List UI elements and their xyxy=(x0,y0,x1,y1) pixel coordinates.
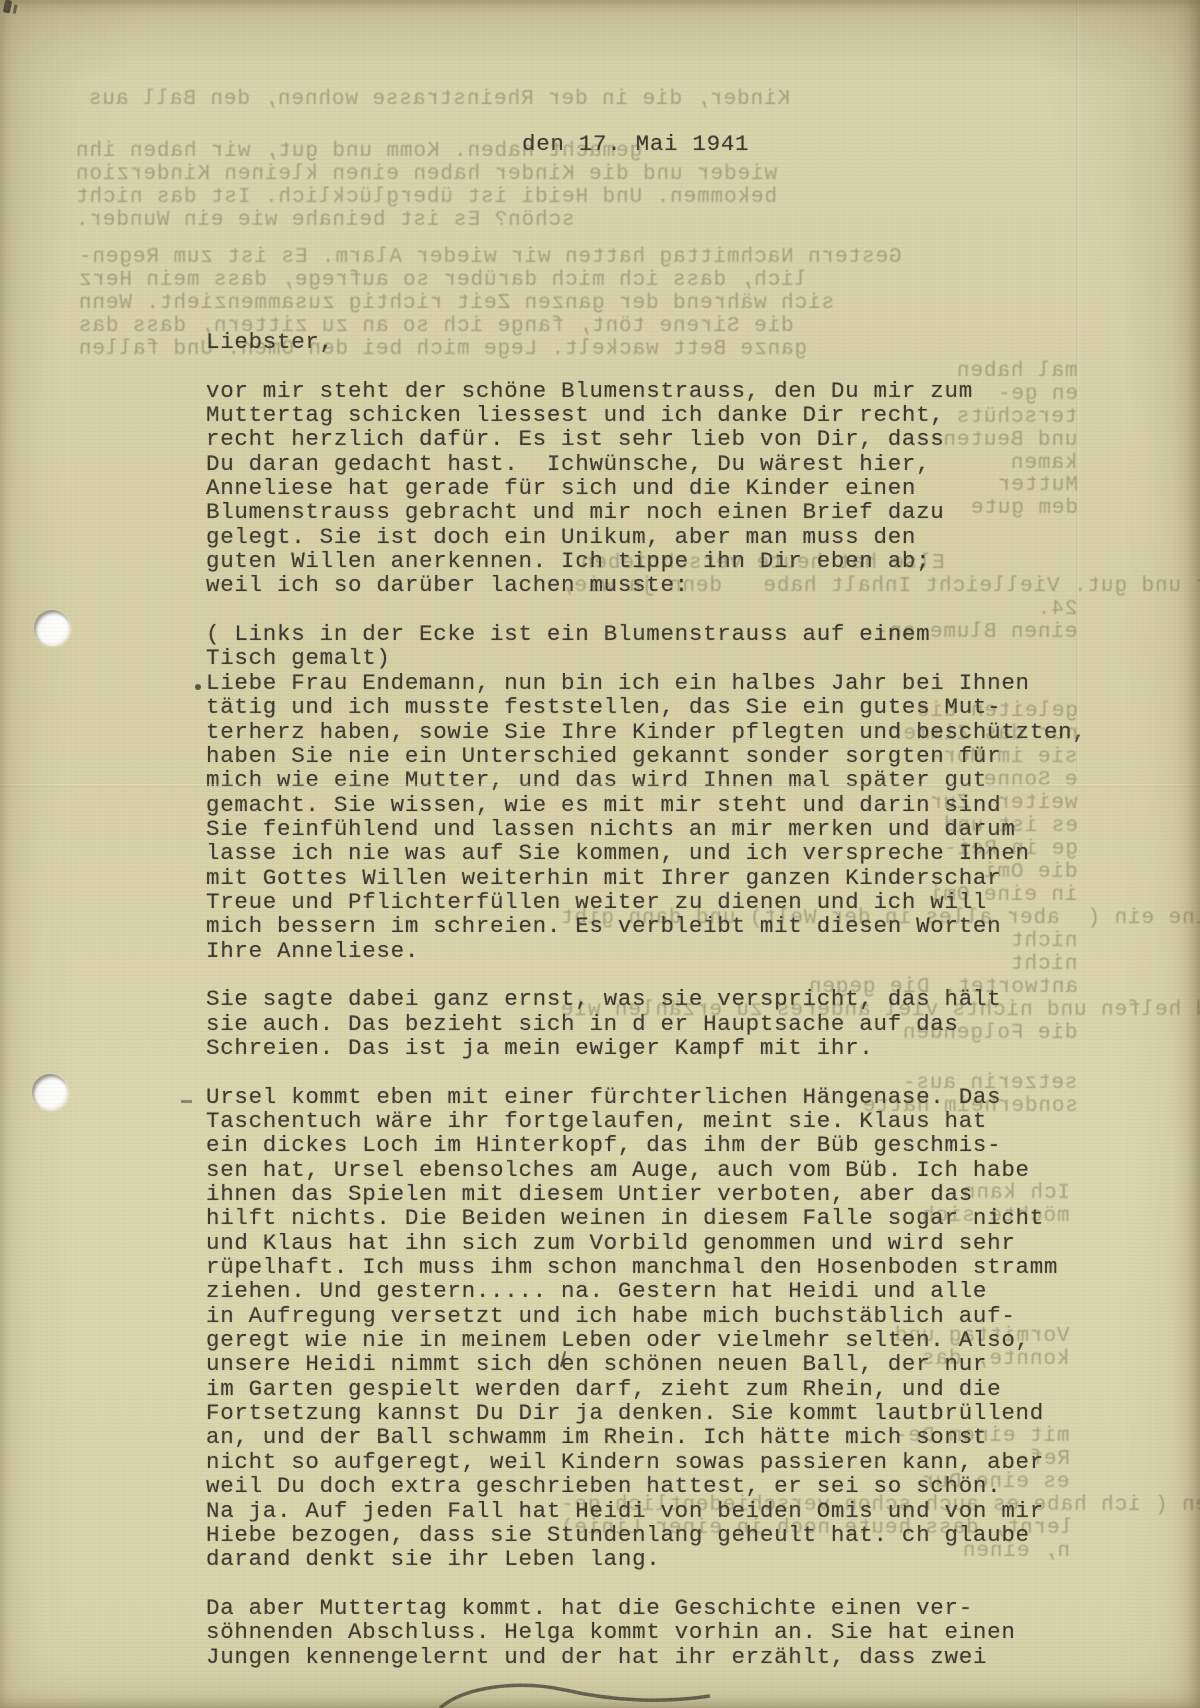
letter-line: ihnen das Spielen mit diesem Untier verb… xyxy=(206,1182,1087,1206)
letter-line: Tisch gemalt) xyxy=(206,646,1087,670)
letter-line: Liebster, xyxy=(206,330,1087,354)
letter-line: hilft nichts. Die Beiden weinen in diese… xyxy=(206,1206,1087,1230)
stray-typed-dash xyxy=(181,1100,192,1103)
letter-line: Hiebe bezogen, dass sie Stundenlang gehe… xyxy=(206,1523,1087,1547)
letter-line: geregt wie nie in meinem Leben oder viel… xyxy=(206,1328,1087,1352)
letter-line: gemacht. Sie wissen, wie es mit mir steh… xyxy=(206,793,1087,817)
letter-line: unsere Heidi nimmt sich den schönen neue… xyxy=(206,1352,1087,1376)
letter-line: Sie sagte dabei ganz ernst, was sie vers… xyxy=(206,987,1087,1011)
letter-line xyxy=(206,598,1087,622)
letter-line: Anneliese hat gerade für sich und die Ki… xyxy=(206,476,1087,500)
letter-line: mich wie eine Mutter, und das wird Ihnen… xyxy=(206,768,1087,792)
letter-line: Na ja. Auf jeden Fall hat Heidi von beid… xyxy=(206,1499,1087,1523)
letter-line: tätig und ich musste feststellen, das Si… xyxy=(206,695,1087,719)
letter-line: haben Sie nie ein Unterschied gekannt so… xyxy=(206,744,1087,768)
fold-crease-vertical xyxy=(1076,0,1079,772)
letter-line: ein dickes Loch im Hinterkopf, das ihm d… xyxy=(206,1133,1087,1157)
letter-line: in Aufregung versetzt und ich habe mich … xyxy=(206,1304,1087,1328)
letter-line: weil Du doch extra geschrieben hattest, … xyxy=(206,1474,1087,1498)
letter-line: weil ich so darüber lachen musste: xyxy=(206,573,1087,597)
letter-line: guten Willen anerkennen. Ich tippe ihn D… xyxy=(206,549,1087,573)
letter-line xyxy=(206,1572,1087,1596)
letter-line: Ursel kommt eben mit einer fürchterliche… xyxy=(206,1085,1087,1109)
letter-line: mit Gottes Willen weiterhin mit Ihrer ga… xyxy=(206,866,1087,890)
letter-line: rüpelhaft. Ich muss ihm schon manchmal d… xyxy=(206,1255,1087,1279)
letter-line: sen hat, Ursel ebensolches am Auge, auch… xyxy=(206,1158,1087,1182)
fold-crease-horizontal xyxy=(0,784,1200,787)
punch-hole-top xyxy=(34,610,70,646)
letter-body: Liebster, vor mir steht der schöne Blume… xyxy=(206,330,1087,1669)
letter-line: Liebe Frau Endemann, nun bin ich ein hal… xyxy=(206,671,1087,695)
letter-line: terherz haben, sowie Sie Ihre Kinder pfl… xyxy=(206,720,1087,744)
letter-line: Ihre Anneliese. xyxy=(206,939,1087,963)
letter-line: lasse ich nie was auf Sie kommen, und ic… xyxy=(206,841,1087,865)
letter-line xyxy=(206,1060,1087,1084)
letter-line: söhnenden Abschluss. Helga kommt vorhin … xyxy=(206,1620,1087,1644)
letter-line: ziehen. Und gestern..... na. Gestern hat… xyxy=(206,1279,1087,1303)
letter-line: im Garten gespielt werden darf, zieht zu… xyxy=(206,1377,1087,1401)
letter-line: nicht so aufgeregt, weil Kindern sowas p… xyxy=(206,1450,1087,1474)
letter-line: Jungen kennengelernt und der hat ihr erz… xyxy=(206,1645,1087,1669)
letter-line: ( Links in der Ecke ist ein Blumenstraus… xyxy=(206,622,1087,646)
letter-line: mich bessern im schreien. Es verbleibt m… xyxy=(206,914,1087,938)
letter-line xyxy=(206,963,1087,987)
punch-hole-bottom xyxy=(32,1074,68,1110)
stray-typed-dot xyxy=(195,684,201,690)
letter-line: Da aber Muttertag kommt. hat die Geschic… xyxy=(206,1596,1087,1620)
letter-line: gelegt. Sie ist doch ein Unikum, aber ma… xyxy=(206,525,1087,549)
letter-line: Fortsetzung kannst Du Dir ja denken. Sie… xyxy=(206,1401,1087,1425)
letter-line: Taschentuch wäre ihr fortgelaufen, meint… xyxy=(206,1109,1087,1133)
letter-line: Du daran gedacht hast. Ichwünsche, Du wä… xyxy=(206,452,1087,476)
letter-line: sie auch. Das bezieht sich in d er Haupt… xyxy=(206,1012,1087,1036)
letter-line: Muttertag schicken liessest und ich dank… xyxy=(206,403,1087,427)
letter-line: vor mir steht der schöne Blumenstrauss, … xyxy=(206,379,1087,403)
letter-line xyxy=(206,354,1087,378)
letter-line: an, und der Ball schwamm im Rhein. Ich h… xyxy=(206,1425,1087,1449)
letter-line: Sie feinfühlend und lassen nichts an mir… xyxy=(206,817,1087,841)
date-line: den 17. Mai 1941 xyxy=(522,131,749,157)
letter-line: und Klaus hat ihn sich zum Vorbild genom… xyxy=(206,1231,1087,1255)
letter-line: Blumenstrauss gebracht und mir noch eine… xyxy=(206,500,1087,524)
letter-line: recht herzlich dafür. Es ist sehr lieb v… xyxy=(206,427,1087,451)
letter-line: Treue und Pflichterfüllen weiter zu dien… xyxy=(206,890,1087,914)
letter-line: Schreien. Das ist ja mein ewiger Kampf m… xyxy=(206,1036,1087,1060)
letter-line: darand denkt sie ihr Leben lang. xyxy=(206,1547,1087,1571)
